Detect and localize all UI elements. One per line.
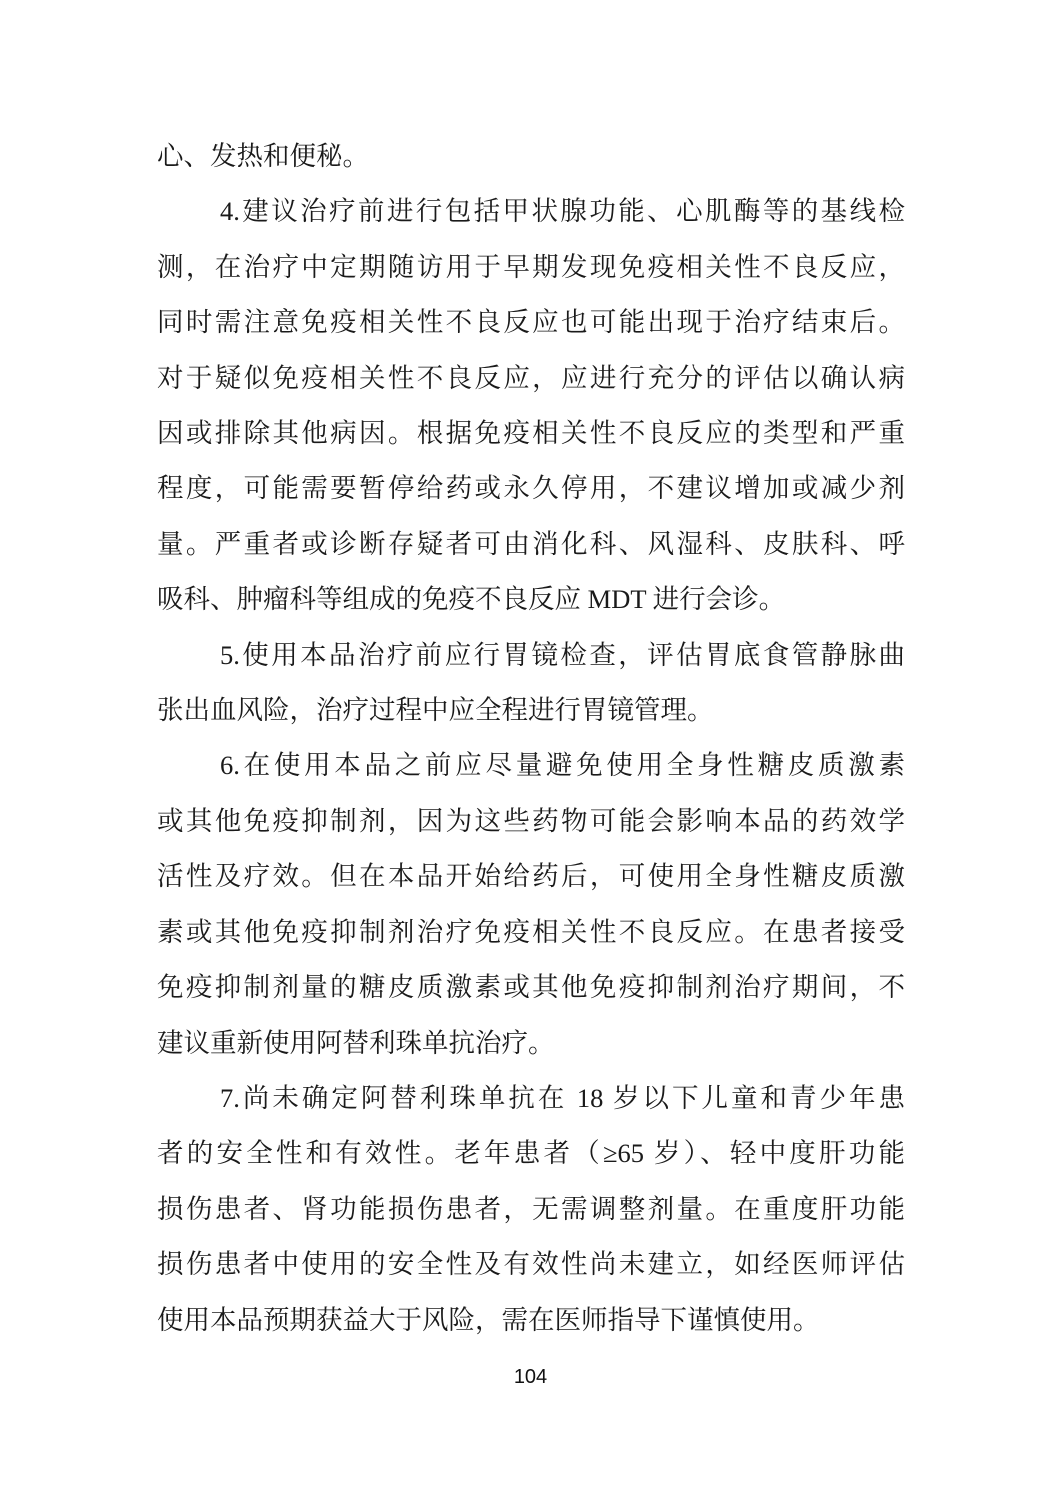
- text-line-21: 损伤患者中使用的安全性及有效性尚未建立，如经医师评估: [157, 1237, 905, 1292]
- page-number: 104: [0, 1366, 1061, 1389]
- text-line-14: 活性及疗效。但在本品开始给药后，可使用全身性糖皮质激: [157, 849, 905, 904]
- document-page: 心、发热和便秘。4.建议治疗前进行包括甲状腺功能、心肌酶等的基线检测，在治疗中定…: [0, 0, 1061, 1500]
- text-line-3: 测，在治疗中定期随访用于早期发现免疫相关性不良反应，: [157, 240, 905, 295]
- text-line-20: 损伤患者、肾功能损伤患者，无需调整剂量。在重度肝功能: [157, 1182, 905, 1237]
- text-line-22: 使用本品预期获益大于风险，需在医师指导下谨慎使用。: [157, 1293, 905, 1348]
- text-line-19: 者的安全性和有效性。老年患者（≥65 岁）、轻中度肝功能: [157, 1126, 905, 1181]
- text-line-4: 同时需注意免疫相关性不良反应也可能出现于治疗结束后。: [157, 295, 905, 350]
- text-line-10: 5.使用本品治疗前应行胃镜检查，评估胃底食管静脉曲: [157, 628, 905, 683]
- text-line-12: 6.在使用本品之前应尽量避免使用全身性糖皮质激素: [157, 738, 905, 793]
- text-line-11: 张出血风险，治疗过程中应全程进行胃镜管理。: [157, 683, 905, 738]
- text-line-5: 对于疑似免疫相关性不良反应，应进行充分的评估以确认病: [157, 351, 905, 406]
- document-body: 心、发热和便秘。4.建议治疗前进行包括甲状腺功能、心肌酶等的基线检测，在治疗中定…: [157, 129, 905, 1348]
- text-line-6: 因或排除其他病因。根据免疫相关性不良反应的类型和严重: [157, 406, 905, 461]
- text-line-7: 程度，可能需要暂停给药或永久停用，不建议增加或减少剂: [157, 461, 905, 516]
- text-line-9: 吸科、肿瘤科等组成的免疫不良反应 MDT 进行会诊。: [157, 572, 905, 627]
- text-line-8: 量。严重者或诊断存疑者可由消化科、风湿科、皮肤科、呼: [157, 517, 905, 572]
- text-line-16: 免疫抑制剂量的糖皮质激素或其他免疫抑制剂治疗期间，不: [157, 960, 905, 1015]
- text-line-13: 或其他免疫抑制剂，因为这些药物可能会影响本品的药效学: [157, 794, 905, 849]
- text-line-18: 7.尚未确定阿替利珠单抗在 18 岁以下儿童和青少年患: [157, 1071, 905, 1126]
- text-line-2: 4.建议治疗前进行包括甲状腺功能、心肌酶等的基线检: [157, 184, 905, 239]
- text-line-15: 素或其他免疫抑制剂治疗免疫相关性不良反应。在患者接受: [157, 905, 905, 960]
- text-line-1: 心、发热和便秘。: [157, 129, 905, 184]
- text-line-17: 建议重新使用阿替利珠单抗治疗。: [157, 1016, 905, 1071]
